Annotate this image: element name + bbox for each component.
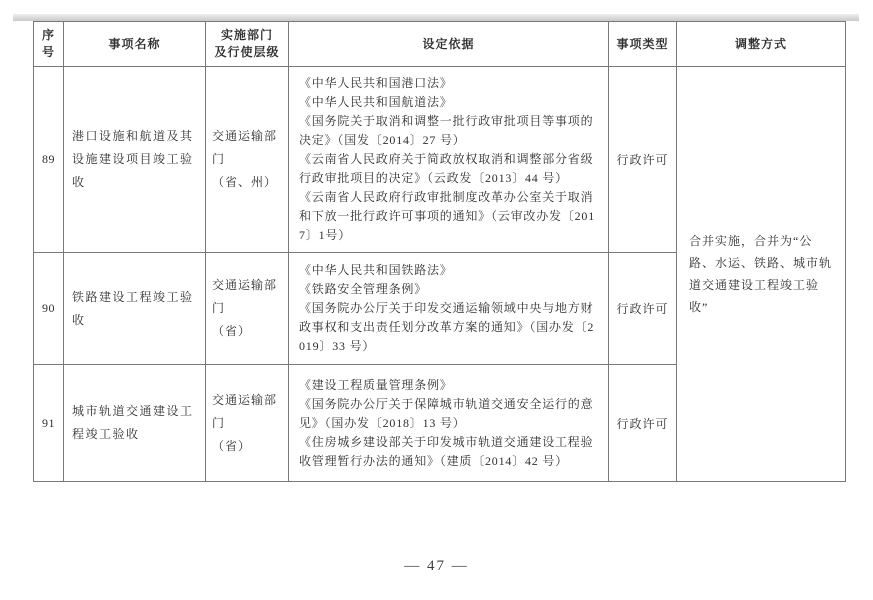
table-row: 89 港口设施和航道及其设施建设项目竣工验收 交通运输部门 （省、州） 《中华人… [34,67,846,253]
item-name-cell: 铁路建设工程竣工验收 [64,253,206,365]
department-cell: 交通运输部门 （省） [206,365,289,482]
item-name-cell: 港口设施和航道及其设施建设项目竣工验收 [64,67,206,253]
serial-number-cell: 89 [34,67,64,253]
header-item-name: 事项名称 [64,22,206,67]
setting-basis-cell: 《建设工程质量管理条例》 《国务院办公厅关于保障城市轨道交通安全运行的意见》（国… [289,365,609,482]
approval-items-table: 序 号 事项名称 实施部门 及行使层级 设定依据 事项类型 调整方式 89 港口… [33,21,846,482]
header-item-type: 事项类型 [609,22,677,67]
header-adjustment-method: 调整方式 [677,22,846,67]
item-name-cell: 城市轨道交通建设工程竣工验收 [64,365,206,482]
item-type-cell: 行政许可 [609,253,677,365]
serial-number-cell: 90 [34,253,64,365]
header-serial-number: 序 号 [34,22,64,67]
department-cell: 交通运输部门 （省、州） [206,67,289,253]
header-setting-basis: 设定依据 [289,22,609,67]
header-department-level: 实施部门 及行使层级 [206,22,289,67]
setting-basis-cell: 《中华人民共和国港口法》 《中华人民共和国航道法》 《国务院关于取消和调整一批行… [289,67,609,253]
serial-number-cell: 91 [34,365,64,482]
department-cell: 交通运输部门 （省） [206,253,289,365]
table-header-row: 序 号 事项名称 实施部门 及行使层级 设定依据 事项类型 调整方式 [34,22,846,67]
item-type-cell: 行政许可 [609,67,677,253]
item-type-cell: 行政许可 [609,365,677,482]
scan-artifact-band [13,14,859,21]
page-number: — 47 — [0,558,873,575]
setting-basis-cell: 《中华人民共和国铁路法》 《铁路安全管理条例》 《国务院办公厅关于印发交通运输领… [289,253,609,365]
adjustment-method-merged-cell: 合并实施，合并为“公路、水运、铁路、城市轨道交通建设工程竣工验收” [677,67,846,482]
